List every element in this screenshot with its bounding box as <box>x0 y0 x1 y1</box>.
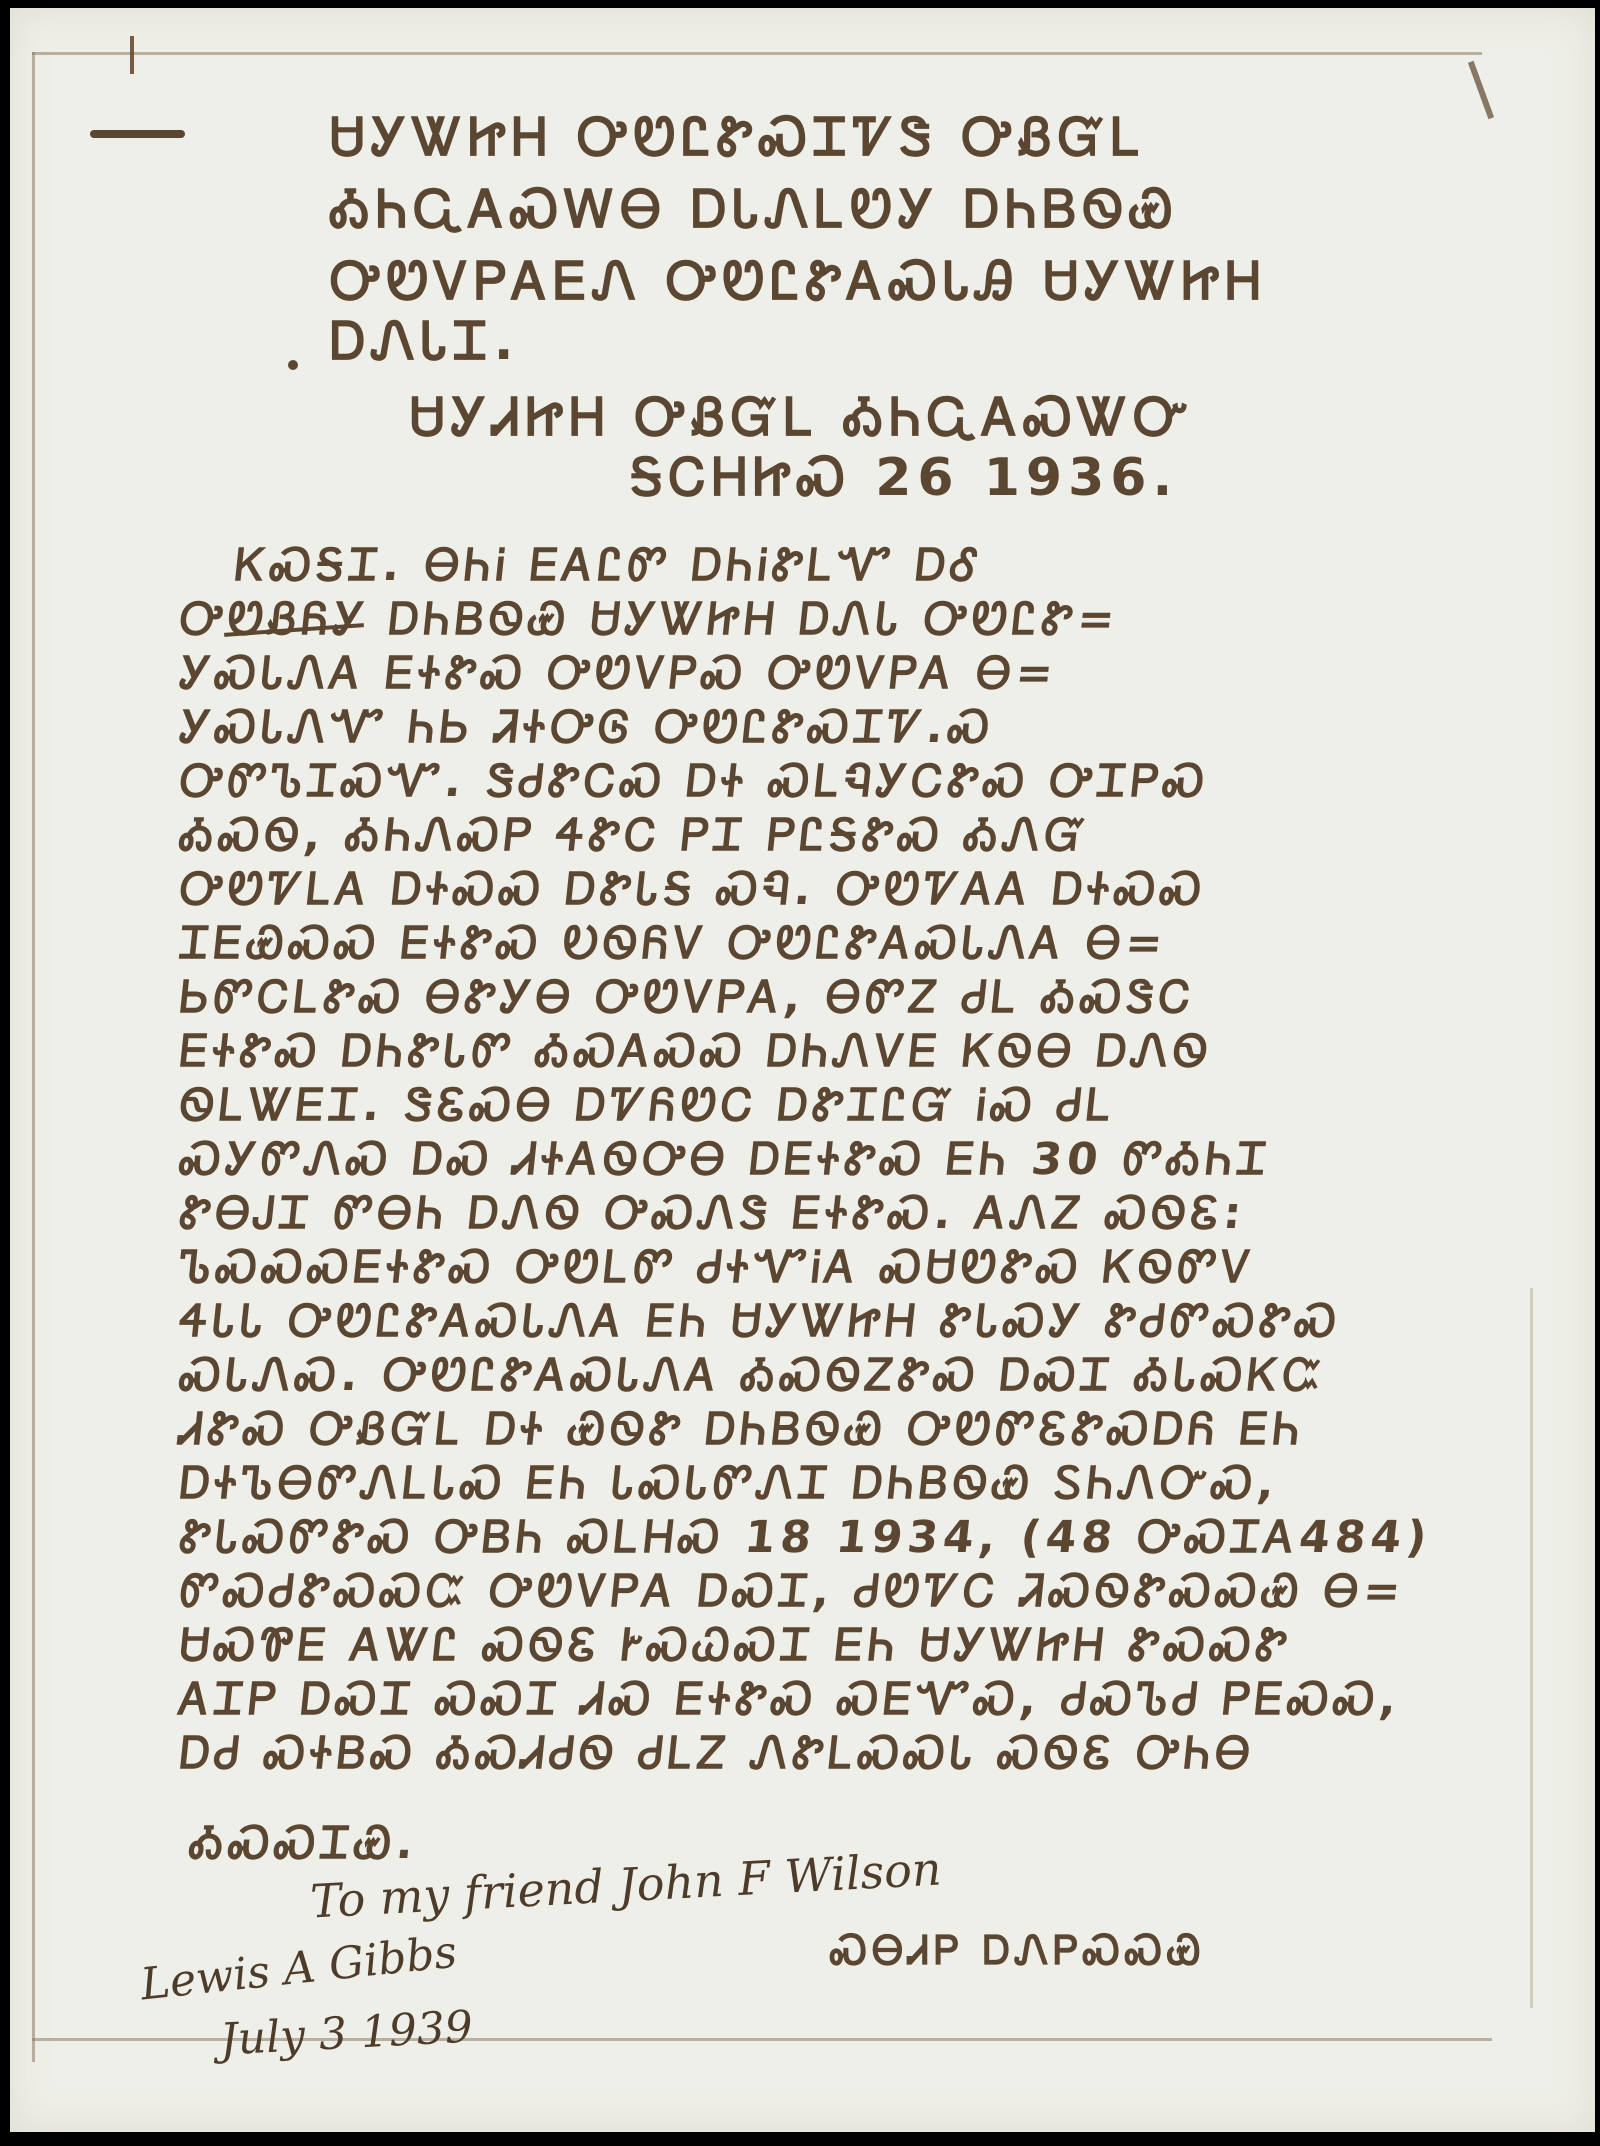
body-line: ᏍᎩᏛᏁᏍ ᎠᏍ ᏗᏐᎪᏫᎤᎾ ᎠᎬᏐᏑᏍ ᎬᏂ 30 ᏛᎣᏂᏆ <box>177 1134 1274 1185</box>
body-line: ᎤᏛᏖᏆᏍᏉ. ᏕᏧᏑᏟᏍ ᎠᏐ ᏍᏞᏄᎩᏟᏑᏍ ᎤᏆᏢᏍ <box>177 756 1212 807</box>
signed-date: July 3 1939 <box>219 2001 474 2065</box>
body-line: ᏎᏓᏓ ᎤᏬᏝᏑᎪᏍᏓᏁᎪ ᎬᏂ ᏌᎩᏔᏥᎻ ᏑᏓᏍᎩ ᏑᏧᏛᏍᏑᏍ <box>177 1296 1343 1347</box>
title-line-1: ᏌᎩᏗᏥᎻ ᎤᏰᏳᏞ ᎣᏂᏩᎪᏍᏔᏅ <box>410 388 1194 449</box>
body-line: ᏌᏍᏈᎬ ᎪᏔᏝ ᏍᏫᏋ ᎨᏍᏇᏍᏆ ᎬᏂ ᏌᎩᏔᏥᎻ ᏑᏍᏍᏑ <box>177 1620 1294 1671</box>
border-line-right <box>1530 1288 1533 2008</box>
corner-tick-top-right <box>1468 61 1494 119</box>
border-line-left <box>32 52 35 2062</box>
body-line: ᎠᏧ ᏍᏐᏴᏍ ᎣᏍᏗᏧᏫ ᏧᏞᏃ ᏁᏑᏞᏍᏍᏓ ᏍᏫᏋ ᎤᏂᎾ <box>177 1728 1257 1779</box>
ink-dot <box>288 360 298 370</box>
body-line: ᏗᏑᏍ ᎤᏰᏳᏞ ᎠᏐ ᏯᏫᏑ ᎠᏂᏴᏫᏯ ᎤᏬᏛᏋᏑᏍᎠᏲ ᎬᏂ <box>177 1404 1307 1455</box>
body-line: ᎪᏆᏢ ᎠᏍᏆ ᏍᏍᏆ ᏗᏍ ᎬᏐᏑᏍ ᏍᎬᏉᏍ, ᏧᏍᏖᏧ ᏢᎬᏍᏍ, <box>177 1674 1404 1725</box>
header-line-2: ᎣᏂᏩᎪᏍᎳᎾ ᎠᏓᏁᏞᏬᎩ ᎠᏂᏴᏫᏯ <box>330 180 1179 241</box>
body-closing-word: ᎣᏍᏍᏆᏯ. <box>187 1818 421 1869</box>
body-line: ᏑᏓᏍᏛᏑᏍ ᎤᏴᏂ ᏍᏞᎻᏍ 18 1934, (48 ᎤᏍᏆᎪ484) <box>177 1512 1434 1563</box>
body-line: ᏆᎬᏯᏍᏍ ᎬᏐᏑᏍ ᎧᏫᏲᏙ ᎤᏬᏝᏑᎪᏍᏓᏁᎪ Ꮎ= <box>177 918 1170 969</box>
body-line: ᎩᏍᏓᏁᏉ ᏂᏏ ᏘᏐᎤᎶ ᎤᏬᏝᏑᏍᏆᏤ.Ꮝ <box>177 702 997 753</box>
cherokee-signature: ᏍᎾᏗᏢ ᎠᏁᏢᏍᏍᏯ <box>830 1928 1206 1974</box>
title-line-date: ᎦᏟᎻᏥᏍ 26 1936. <box>630 448 1178 509</box>
body-line: ᏏᏛᏟᏞᏑᏍ ᎾᏑᎩᎾ ᎤᏬᏙᏢᎪ, ᎾᏛᏃ ᏧᏞ ᎣᏍᏕᏟ <box>177 972 1198 1023</box>
margin-arrow-icon <box>90 130 185 138</box>
header-line-4: ᎠᏁᏓᏆ. <box>330 312 519 373</box>
body-line: ᏫᏞᏔᎬᏆ. ᏕᏋᏍᎾ ᎠᏤᏲᏬᏟ ᎠᏑᏆᏝᏳ ᎥᏍ ᏧᏞ <box>177 1080 1119 1131</box>
body-line: ᎤᏬᏰᏲᎩ ᎠᏂᏴᏫᏯ ᏌᎩᏔᏥᎻ ᎠᏁᏓ ᎤᏬᏝᏑ= <box>177 594 1122 645</box>
body-line: ᏛᏍᏧᏑᏍᏍᏨ ᎤᏬᏙᏢᎪ ᎠᏍᏆ, ᏧᏬᏤᏟ ᏘᏍᏫᏑᏍᏍᏯ Ꮎ= <box>177 1566 1408 1617</box>
body-line: ᎩᏍᏓᏁᎪ ᎬᏐᏑᏍ ᎤᏬᏙᏢᏍ ᎤᏬᏙᏢᎪ Ꮎ= <box>177 648 1060 699</box>
signer-name: Lewis A Gibbs <box>138 1927 459 2011</box>
header-line-3: ᎤᏬᏙᏢᎪᎬᏁ ᎤᏬᏝᏑᎪᏍᏓᎯ ᏌᎩᏔᏥᎻ <box>330 252 1267 313</box>
header-line-1: ᏌᎩᏔᏥᎻ ᎤᏬᏝᏑᏍᏆᏤᏕ ᎤᏰᏳᏞ <box>330 108 1146 169</box>
body-line: ᏦᏍᎦᏆ. ᎾᏂᎥ ᎬᎪᏝᏛ ᎠᏂᎥᏑᏞᏉ ᎠᎴ <box>232 540 985 591</box>
border-line-top <box>32 52 1482 55</box>
body-line: ᏑᎾᎫᏆ ᏛᎾᏂ ᎠᏁᏫ ᎤᏍᏁᏕ ᎬᏐᏑᏍ. ᎪᏁᏃ ᏍᏫᏋ: <box>177 1188 1249 1239</box>
body-line: ᎤᏬᏤᏞᎪ ᎠᏐᏍᏍ ᎠᏑᏓᎦ ᏍᏄ. ᎤᏬᏤᎪᎪ ᎠᏐᏍᏍ <box>177 864 1209 915</box>
body-line: ᏖᏍᏍᏍᎬᏐᏑᏍ ᎤᏬᏞᏛ ᏧᏐᏉᎥᎪ ᏍᏌᏬᏑᏍ ᏦᏫᏛᏙ <box>177 1242 1258 1293</box>
body-line: ᏍᏓᏁᏍ. ᎤᏬᏝᏑᎪᏍᏓᏁᎪ ᎣᏍᏫᏃᏑᏍ ᎠᏍᏆ ᎣᏓᏍᏦᏨ <box>177 1350 1328 1401</box>
corner-tick-top-left <box>130 36 134 74</box>
body-line: ᎠᏐᏖᎾᏛᏁᏞᏓᏍ ᎬᏂ ᏓᏍᏓᏛᏁᏆ ᎠᏂᏴᏫᏯ ᏚᏂᏁᏅᏍ, <box>177 1458 1281 1509</box>
letter-paper: ᏌᎩᏔᏥᎻ ᎤᏬᏝᏑᏍᏆᏤᏕ ᎤᏰᏳᏞ ᎣᏂᏩᎪᏍᎳᎾ ᎠᏓᏁᏞᏬᎩ ᎠᏂᏴᏫᏯ… <box>10 8 1595 2132</box>
body-line: ᎣᏍᏫ, ᎣᏂᏁᏍᏢ ᏎᏑᏟ ᏢᏆ ᏢᏝᎦᏑᏍ ᎣᏁᏳ <box>177 810 1092 861</box>
body-line: ᎬᏐᏑᏍ ᎠᏂᏑᏓᏛ ᎣᏍᎪᏍᏍ ᎠᏂᏁᏙᎬ ᏦᏫᎾ ᎠᏁᏫ <box>177 1026 1215 1077</box>
